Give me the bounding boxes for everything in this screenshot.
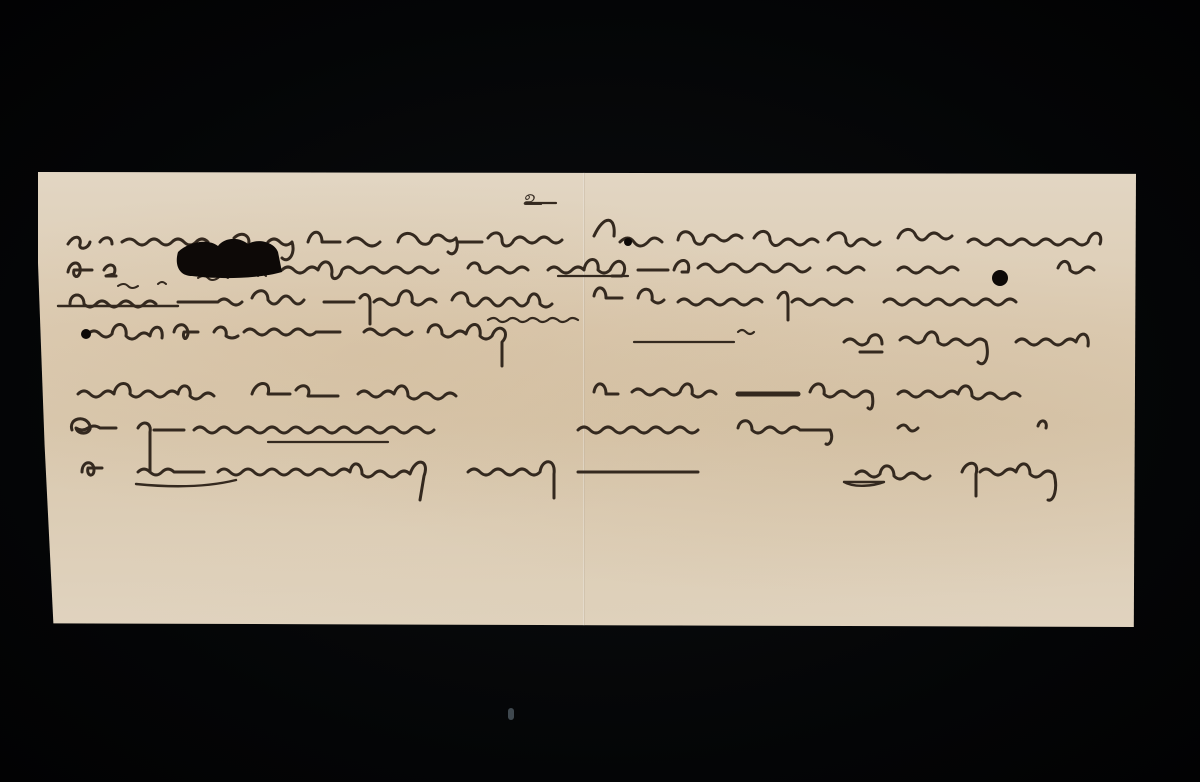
- text-line-4: [88, 318, 754, 366]
- text-line-5: [78, 384, 1020, 410]
- ink-blots: [81, 238, 1008, 339]
- text-line-closing: [844, 332, 1088, 364]
- dust-speck: [508, 708, 514, 720]
- handwritten-text-layer: [38, 172, 1136, 627]
- manuscript-paper: உ: [38, 172, 1136, 627]
- text-line-7: [82, 462, 698, 500]
- signature: [844, 463, 1056, 500]
- text-line-3: [58, 282, 1016, 324]
- text-line-6: [71, 419, 1046, 472]
